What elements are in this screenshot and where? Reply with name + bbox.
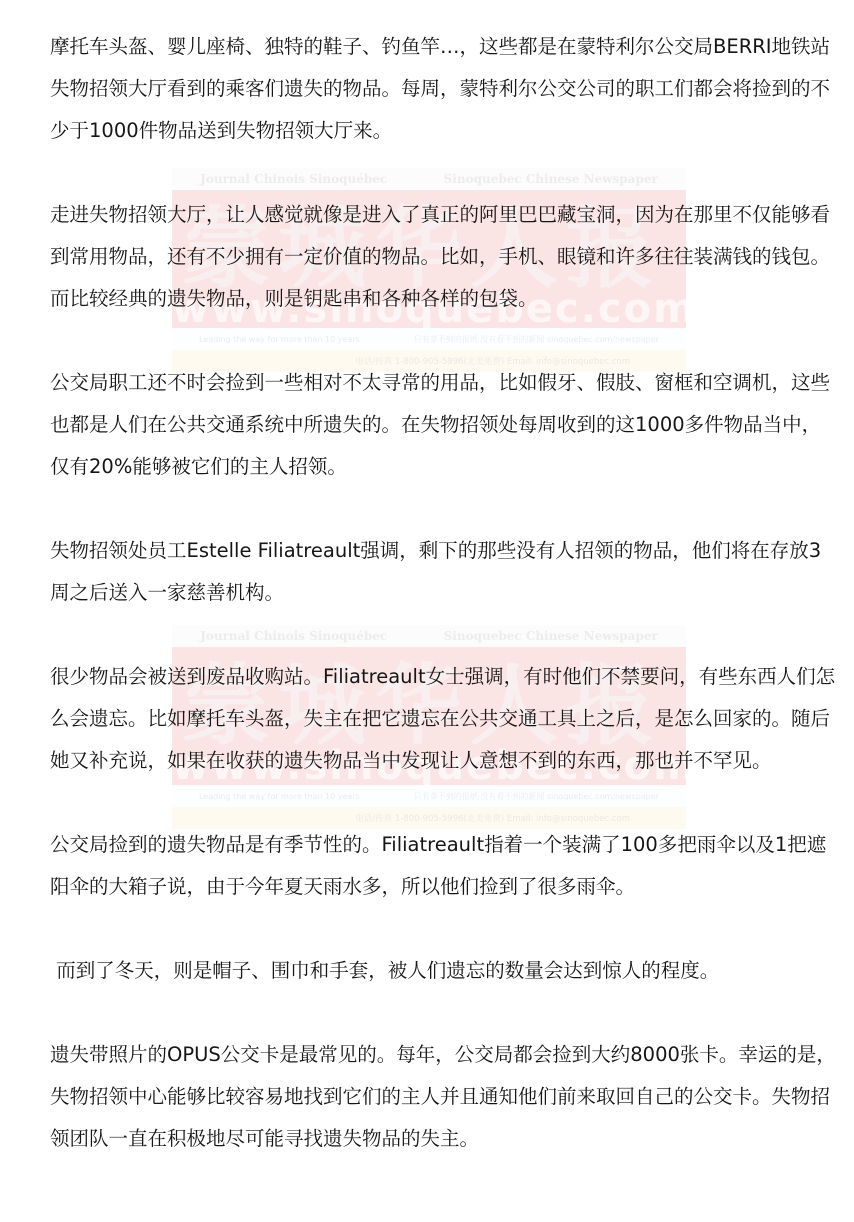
paragraph-charity: 失物招领处员工Estelle Filiatreault强调，剩下的那些没有人招领…: [50, 530, 840, 614]
paragraph-lost-items-intro: 摩托车头盔、婴儿座椅、独特的鞋子、钓鱼竿…，这些都是在蒙特利尔公交局BERRI地…: [50, 26, 840, 152]
paragraph-opus-cards: 遗失带照片的OPUS公交卡是最常见的。每年，公交局都会捡到大约8000张卡。幸运…: [50, 1034, 840, 1160]
paragraph-winter-items: 而到了冬天，则是帽子、围巾和手套，被人们遗忘的数量会达到惊人的程度。: [50, 950, 840, 992]
paragraph-unusual-items: 公交局职工还不时会捡到一些相对不太寻常的用品，比如假牙、假肢、窗框和空调机，这些…: [50, 362, 840, 488]
paragraph-surprising-items: 很少物品会被送到废品收购站。Filiatreault女士强调，有时他们不禁要问，…: [50, 656, 840, 782]
paragraph-treasure-cave: 走进失物招领大厅，让人感觉就像是进入了真正的阿里巴巴藏宝洞，因为在那里不仅能够看…: [50, 194, 840, 320]
article-body: 摩托车头盔、婴儿座椅、独特的鞋子、钓鱼竿…，这些都是在蒙特利尔公交局BERRI地…: [50, 26, 840, 1202]
paragraph-seasonal-umbrellas: 公交局捡到的遗失物品是有季节性的。Filiatreault指着一个装满了100多…: [50, 824, 840, 908]
